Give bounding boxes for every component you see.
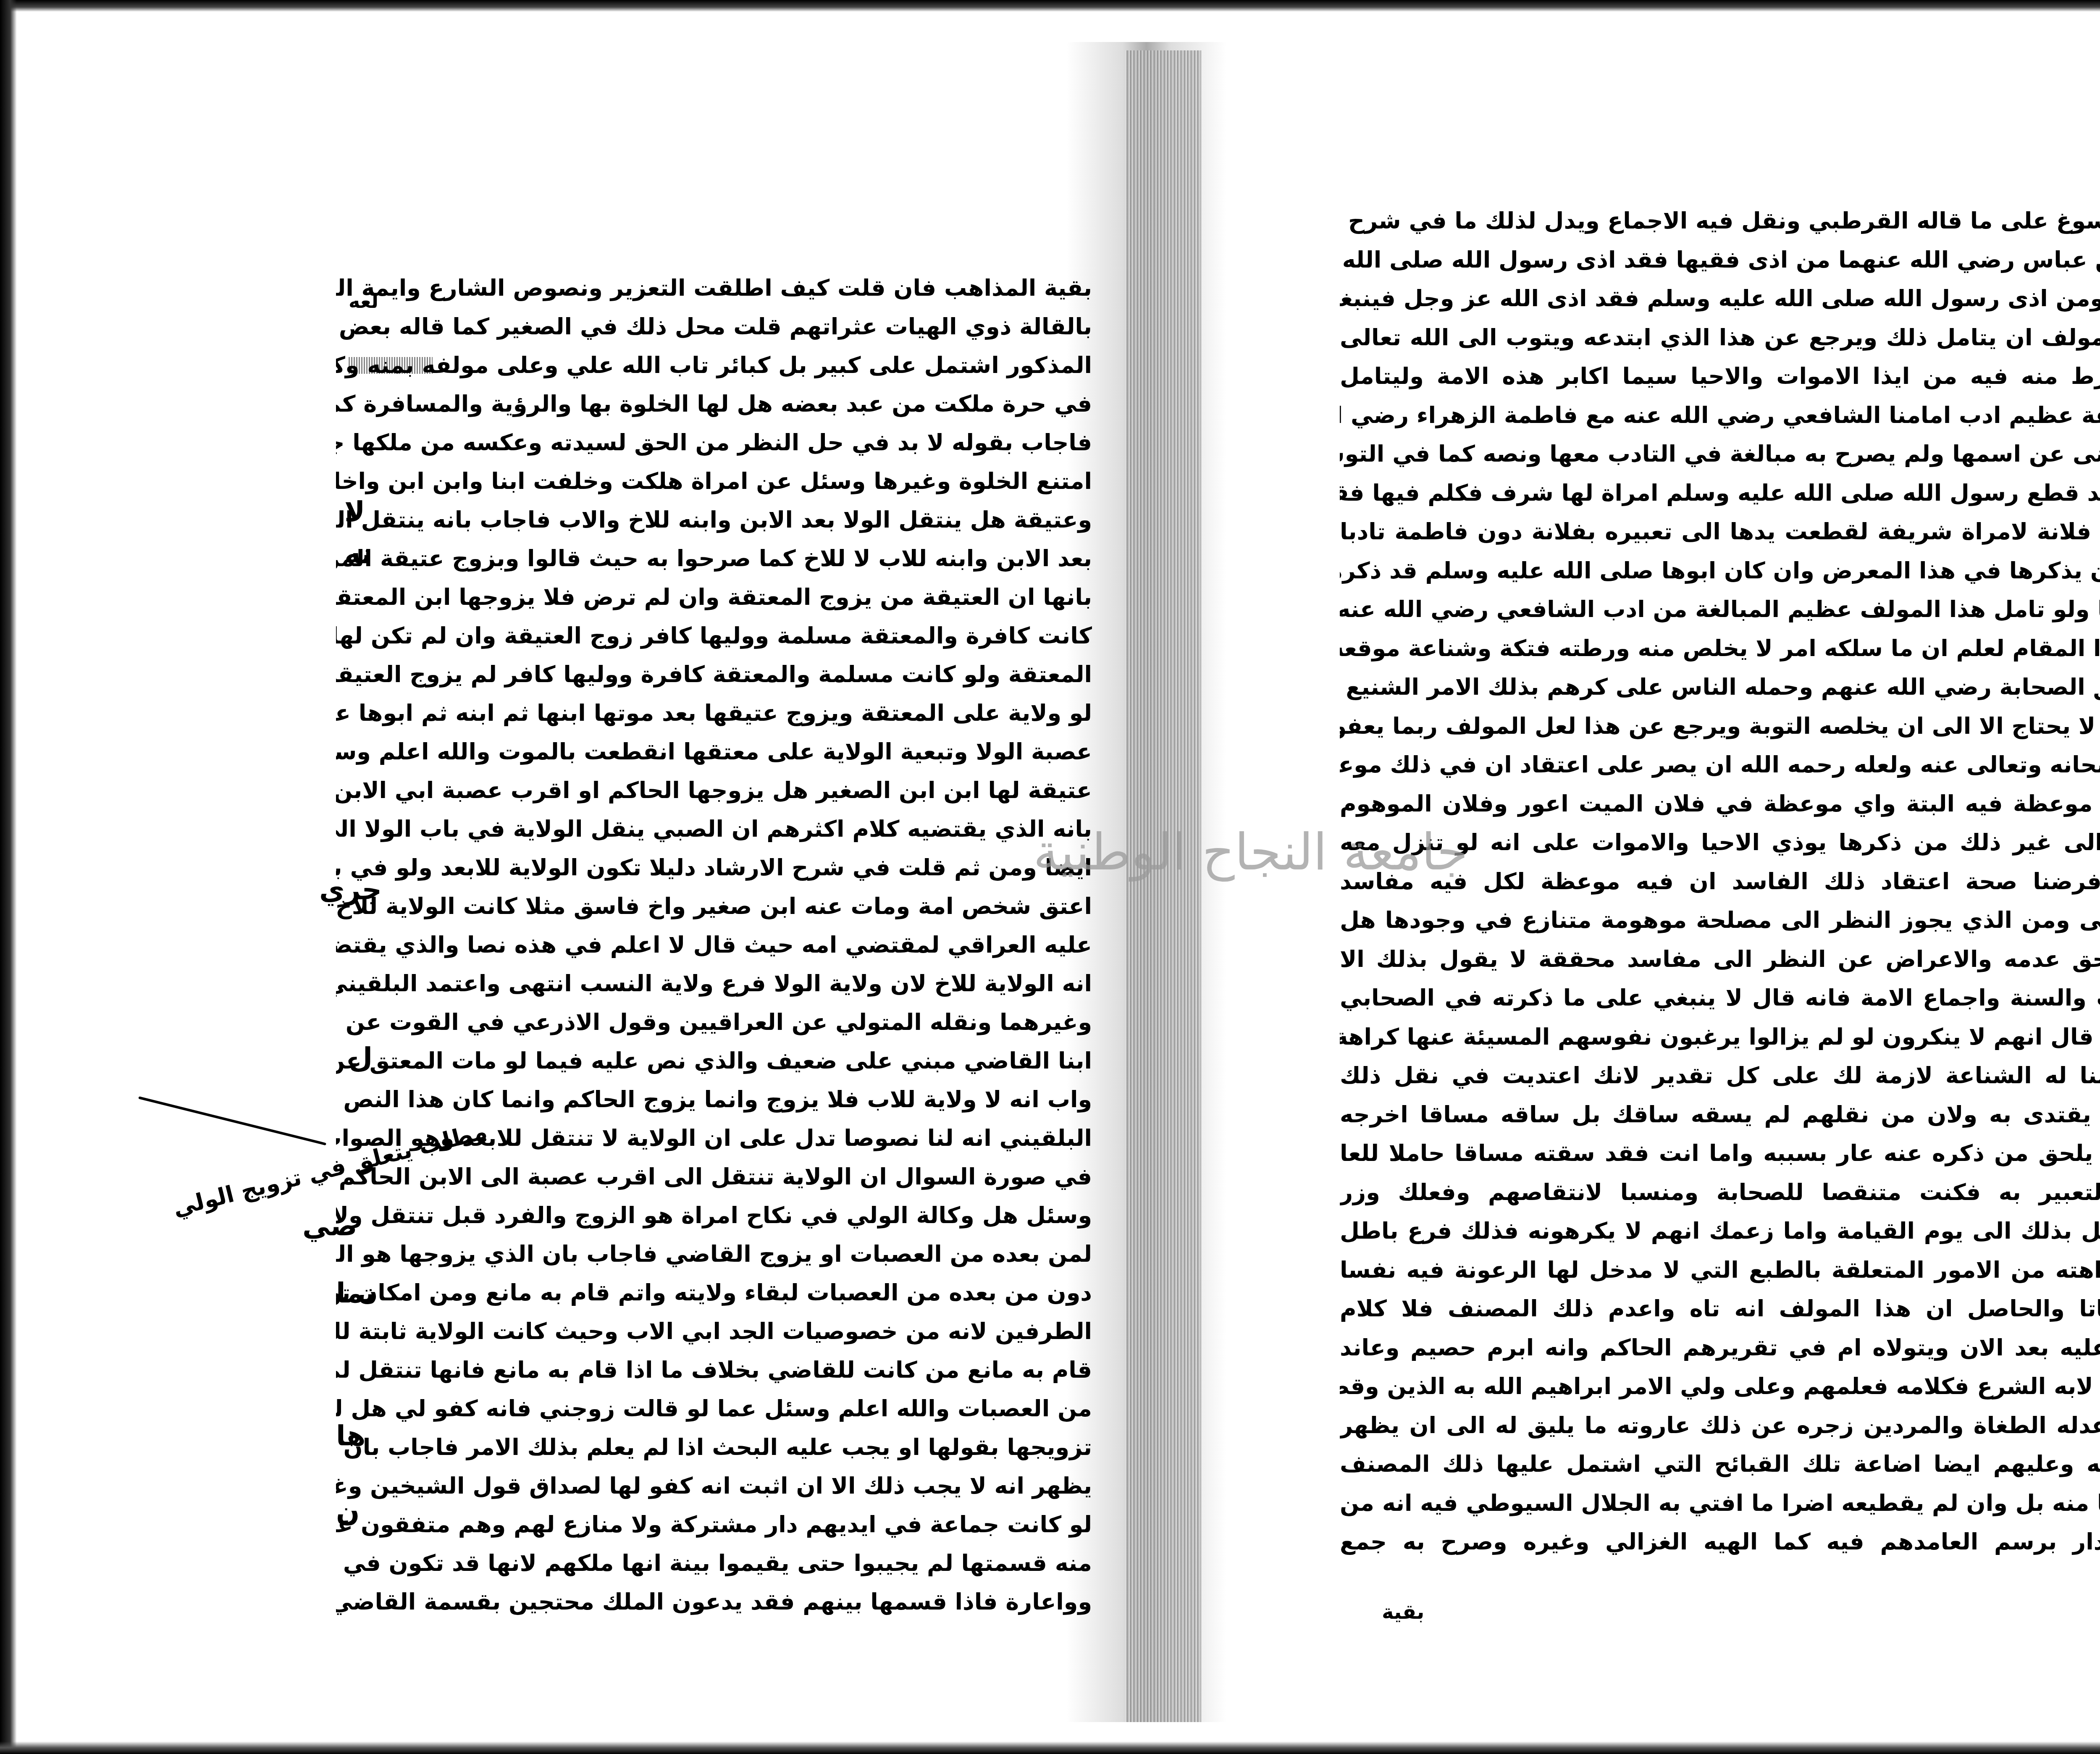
text-line: قام به مانع من كانت للقاضي بخلاف ما اذا … <box>336 1351 1092 1389</box>
text-line: وسئل هل وكالة الولي في نكاح امراة هو الز… <box>336 1196 1092 1235</box>
text-line: سرقت فلانة لامراة شريفة لقطعت يدها الى ت… <box>1340 512 2100 551</box>
text-line: يلحق دار برسم العامدهم فيه كما الهيه الغ… <box>1340 1523 2100 1562</box>
text-line: ان وقفة عظيم ادب امامنا الشافعي رضي الله… <box>1340 396 2100 435</box>
text-line: عصبة الولا وتبعية الولاية على معتقها انق… <box>336 733 1092 771</box>
text-line: لو ولاية على المعتقة ويزوج عتيقها بعد مو… <box>336 694 1092 733</box>
text-line: من عمل بذلك الى يوم القيامة واما زعمك ان… <box>1340 1212 2100 1251</box>
text-line: لغير مسوغ على ما قاله القرطبي ونقل فيه ا… <box>1340 202 2100 241</box>
text-line: يظهر انه لا يجب ذلك الا ان اثبت انه كفو … <box>336 1467 1092 1505</box>
marginal-rule <box>138 1096 326 1145</box>
text-line: سيف عدله الطغاة والمردين زجره عن ذلك عار… <box>1340 1406 2100 1445</box>
text-line: لو كانت جماعة في ايديهم دار مشتركة ولا م… <box>336 1505 1092 1544</box>
text-line: على التعبير به فكنت متنقصا للصحابة ومنسب… <box>1340 1173 2100 1212</box>
text-line: المذكور اشتمل على كبير بل كبائر تاب الله… <box>336 346 1092 385</box>
text-line: واب انه لا ولاية للاب فلا يزوج وانما يزو… <box>336 1080 1092 1119</box>
text-line: لان كراهته من الامور المتعلقة بالطبع الت… <box>1340 1251 2100 1290</box>
text-line: بالكتاب والسنة واجماع الامة فانه قال لا … <box>1340 979 2100 1018</box>
text-line: عنه وقد قطع رسول الله صلى الله عليه وسلم… <box>1340 474 2100 513</box>
text-line: من العصبات والله اعلم وسئل عما لو قالت ز… <box>336 1389 1092 1428</box>
text-line: وعتيقة هل ينتقل الولا بعد الابن وابنه لل… <box>336 501 1092 539</box>
library-watermark: جامعة النجاح الوطنية <box>1033 823 1468 882</box>
text-line: معها ان يذكرها في هذا المعرض وان كان ابو… <box>1340 551 2100 591</box>
left-page-text: بقية المذاهب فان قلت كيف اطلقت التعزير و… <box>336 269 1092 1621</box>
binding-gutter <box>1126 50 1201 1722</box>
text-line: وسلم ومن اذى رسول الله صلى الله عليه وسل… <box>1340 279 2100 318</box>
text-line: ذلك قلنا له الشناعة لازمة لك على كل تقدي… <box>1340 1056 2100 1095</box>
scan-edge-left <box>0 0 17 1754</box>
text-line: دون من بعده من العصبات لبقاء ولايته واتم… <box>336 1273 1092 1312</box>
margin-note: لعه <box>349 290 378 312</box>
text-line: بانها ان العتيقة من يزوج المعتقة وان لم … <box>336 578 1092 617</box>
text-line: ابنا القاضي مبني على ضعيف والذي نص عليه … <box>336 1042 1092 1080</box>
text-line: تزويجها بقولها او يجب عليه البحث اذا لم … <box>336 1428 1092 1467</box>
text-line: لهذا المولف ان يتامل ذلك ويرجع عن هذا ال… <box>1340 318 2100 357</box>
left-page: بقية المذاهب فان قلت كيف اطلقت التعزير و… <box>25 0 1117 1754</box>
margin-note: نه <box>344 538 372 570</box>
text-line: لا حد عليه بعد الان ويتولاه ام في تقريره… <box>1340 1329 2100 1368</box>
text-line: فانه لا موعظة فيه البتة واي موعظة في فلا… <box>1340 785 2100 824</box>
manuscript-scan: بقية المذاهب فان قلت كيف اطلقت التعزير و… <box>0 0 2100 1754</box>
margin-note: جري <box>319 874 382 906</box>
text-line: لانه ان قال انهم لا ينكرون لو لم يزالوا … <box>1340 1018 2100 1057</box>
text-line: عن ابن عباس رضي الله عنهما من اذى فقيها … <box>1340 241 2100 280</box>
text-line: بمن لا يقتدى به ولان من نقلهم لم يسقه سا… <box>1340 1095 2100 1134</box>
text-line: في حق الصحابة رضي الله عنهم وحمله الناس … <box>1340 668 2100 707</box>
margin-note: ها <box>336 1420 366 1452</box>
text-line: له توبته وعليهم ايضا اضاعة تلك القبائح ا… <box>1340 1445 2100 1484</box>
text-line: الزمان لا يحتاج الا الى ان يخلصه التوبة … <box>1340 707 2100 746</box>
text-line: المعتقة ولو كانت مسلمة والمعتقة كافرة وو… <box>336 655 1092 694</box>
text-line: بالقالة ذوي الهيات عثراتهم قلت محل ذلك ف… <box>336 307 1092 346</box>
text-line: عما فرط منه فيه من ايذا الاموات والاحيا … <box>1340 357 2100 396</box>
text-line: عتيقة لها ابن ابن الصغير هل يزوجها الحاك… <box>336 771 1092 810</box>
text-line: الله سبحانه وتعالى عنه ولعله رحمه الله ا… <box>1340 746 2100 785</box>
text-line: ايضا ومن ثم قلت في شرح الارشاد دليلا تكو… <box>336 848 1092 887</box>
text-line: في حرة ملكت من عبد بعضه هل لها الخلوة به… <box>336 385 1092 423</box>
text-line: بعد الابن وابنه للاب لا للاخ كما صرحوا ب… <box>336 539 1092 578</box>
text-line: حيث كنى عن اسمها ولم يصرح به مبالغة في ا… <box>1340 435 2100 474</box>
text-line: اعتق شخص امة ومات عنه ابن صغير واخ فاسق … <box>336 887 1092 926</box>
text-line: وواعارة فاذا قسمها بينهم فقد يدعون الملك… <box>336 1583 1092 1621</box>
text-line: فاجاب بقوله لا بد في حل النظر من الحق لس… <box>336 423 1092 462</box>
text-line: انه الولاية للاخ لان ولاية الولا فرع ولا… <box>336 964 1092 1003</box>
text-line: الطرفين لانه من خصوصيات الجد ابي الاب وح… <box>336 1312 1092 1351</box>
text-line: لمن بعده من العصبات او يزوج القاضي فاجاب… <box>336 1235 1092 1273</box>
text-line: وغيرهما ونقله المتولي عن العراقيين وقول … <box>336 1003 1092 1042</box>
margin-note: لا <box>344 496 365 528</box>
text-line: عن ان يلحق من ذكره عنه عار بسببه واما ان… <box>1340 1134 2100 1173</box>
text-line: عليه العراقي لمقتضي امه حيث قال لا اعلم … <box>336 926 1092 964</box>
text-line: امتنع الخلوة وغيرها وسئل عن امراة هلكت و… <box>336 462 1092 501</box>
text-line: في هذا المقام لعلم ان ما سلكه امر لا يخل… <box>1340 629 2100 668</box>
text-line: منه قسمتها لم يجيبوا حتى يقيموا بينة انه… <box>336 1544 1092 1583</box>
margin-note: ل <box>349 1042 373 1074</box>
text-line: ولا اثباتا والحاصل ان هذا المولف انه تاه… <box>1340 1289 2100 1329</box>
text-line: هي الحق عدمه والاعراض عن النظر الى مفاسد… <box>1340 940 2100 979</box>
margin-note: صي <box>302 1210 357 1242</box>
text-line: كانت كافرة والمعتقة مسلمة ووليها كافر زو… <box>336 617 1092 655</box>
text-line: في صورة السوال ان الولاية تنتقل الى اقرب… <box>336 1158 1092 1196</box>
text-line: وامتثل لابه الشرع فكلامه فعلمهم وعلى ولي… <box>1340 1367 2100 1406</box>
catchword: بقية <box>1382 1600 1424 1624</box>
text-line: بقية المذاهب فان قلت كيف اطلقت التعزير و… <box>336 269 1092 307</box>
text-line: لا تحصى ومن الذي يجوز النظر الى مصلحة مو… <box>1340 901 2100 940</box>
text-line: باسمها ولو تامل هذا المولف عظيم المبالغة… <box>1340 590 2100 629</box>
text-line: بانه الذي يقتضيه كلام اكثرهم ان الصبي ين… <box>336 810 1092 848</box>
margin-note: نما <box>336 1277 375 1309</box>
margin-note: ن <box>336 1495 360 1528</box>
text-line: بمحوها منه بل وان لم يقطيعه اضرا ما افتي… <box>1340 1484 2100 1523</box>
